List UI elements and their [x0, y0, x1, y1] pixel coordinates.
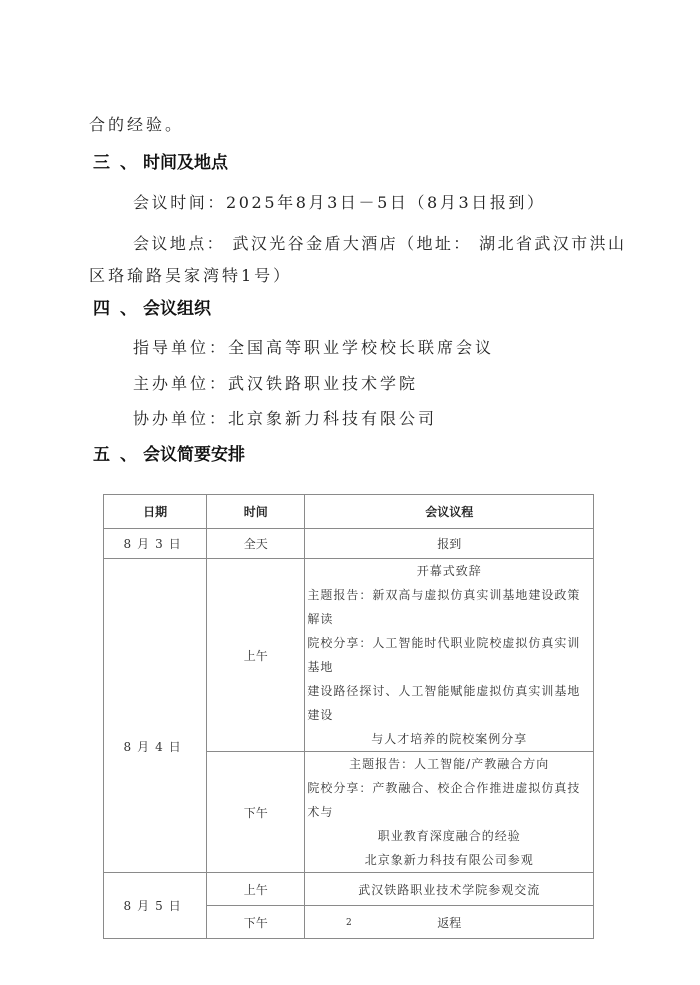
agenda-line: 建设路径探讨、人工智能赋能虚拟仿真实训基地建设 — [305, 679, 593, 727]
agenda-cell: 主题报告：人工智能/产教融合方向 院校分享：产教融合、校企合作推进虚拟仿真技术与… — [305, 752, 594, 873]
section-separator: 、 — [120, 299, 137, 319]
table-row: 8月5日 上午 武汉铁路职业技术学院参观交流 — [104, 873, 594, 906]
section-separator: 、 — [120, 445, 137, 465]
header-date: 日期 — [104, 495, 207, 529]
guiding-unit: 指导单位：全国高等职业学校校长联席会议 — [133, 338, 494, 358]
agenda-line: 院校分享：产教融合、校企合作推进虚拟仿真技术与 — [305, 776, 593, 824]
time-cell: 全天 — [207, 529, 305, 559]
table-header-row: 日期 时间 会议议程 — [104, 495, 594, 529]
agenda-line: 主题报告：新双高与虚拟仿真实训基地建设政策解读 — [305, 583, 593, 631]
agenda-line: 主题报告：人工智能/产教融合方向 — [305, 752, 593, 776]
section-number: 四 — [93, 299, 110, 319]
section-title: 会议组织 — [143, 299, 211, 319]
meeting-venue-line-1: 会议地点： 武汉光谷金盾大酒店（地址： 湖北省武汉市洪山 — [133, 234, 626, 254]
header-agenda: 会议议程 — [305, 495, 594, 529]
section-number: 五 — [93, 445, 110, 465]
agenda-line: 职业教育深度融合的经验 — [305, 824, 593, 848]
time-cell: 上午 — [207, 559, 305, 752]
section-heading-organization: 四、会议组织 — [93, 298, 211, 320]
agenda-cell: 报到 — [305, 529, 594, 559]
meeting-time: 会议时间：2025年8月3日－5日（8月3日报到） — [133, 193, 546, 213]
meeting-venue-line-2: 区珞瑜路吴家湾特1号） — [89, 266, 292, 286]
page-number: 2 — [346, 918, 352, 928]
table-row: 8月3日 全天 报到 — [104, 529, 594, 559]
header-time: 时间 — [207, 495, 305, 529]
agenda-line: 开幕式致辞 — [305, 559, 593, 583]
section-title: 时间及地点 — [143, 153, 228, 173]
agenda-line: 北京象新力科技有限公司参观 — [305, 848, 593, 872]
time-cell: 上午 — [207, 873, 305, 906]
section-separator: 、 — [120, 153, 137, 173]
section-heading-schedule: 五、会议简要安排 — [93, 444, 245, 466]
date-cell: 8月4日 — [104, 559, 207, 873]
continuation-text: 合的经验。 — [89, 115, 184, 135]
agenda-line: 院校分享：人工智能时代职业院校虚拟仿真实训基地 — [305, 631, 593, 679]
section-heading-time-location: 三、时间及地点 — [93, 152, 228, 174]
time-cell: 下午 — [207, 752, 305, 873]
table-row: 8月4日 上午 开幕式致辞 主题报告：新双高与虚拟仿真实训基地建设政策解读 院校… — [104, 559, 594, 752]
section-title: 会议简要安排 — [143, 445, 245, 465]
date-cell: 8月5日 — [104, 873, 207, 939]
agenda-cell: 开幕式致辞 主题报告：新双高与虚拟仿真实训基地建设政策解读 院校分享：人工智能时… — [305, 559, 594, 752]
host-unit: 主办单位：武汉铁路职业技术学院 — [133, 374, 418, 394]
co-host-unit: 协办单位：北京象新力科技有限公司 — [133, 409, 437, 429]
date-cell: 8月3日 — [104, 529, 207, 559]
schedule-table: 日期 时间 会议议程 8月3日 全天 报到 8月4日 上午 开幕式致辞 主题报告… — [103, 494, 594, 939]
agenda-line: 与人才培养的院校案例分享 — [305, 727, 593, 751]
time-cell: 下午 — [207, 906, 305, 939]
agenda-cell: 武汉铁路职业技术学院参观交流 — [305, 873, 594, 906]
section-number: 三 — [93, 153, 110, 173]
